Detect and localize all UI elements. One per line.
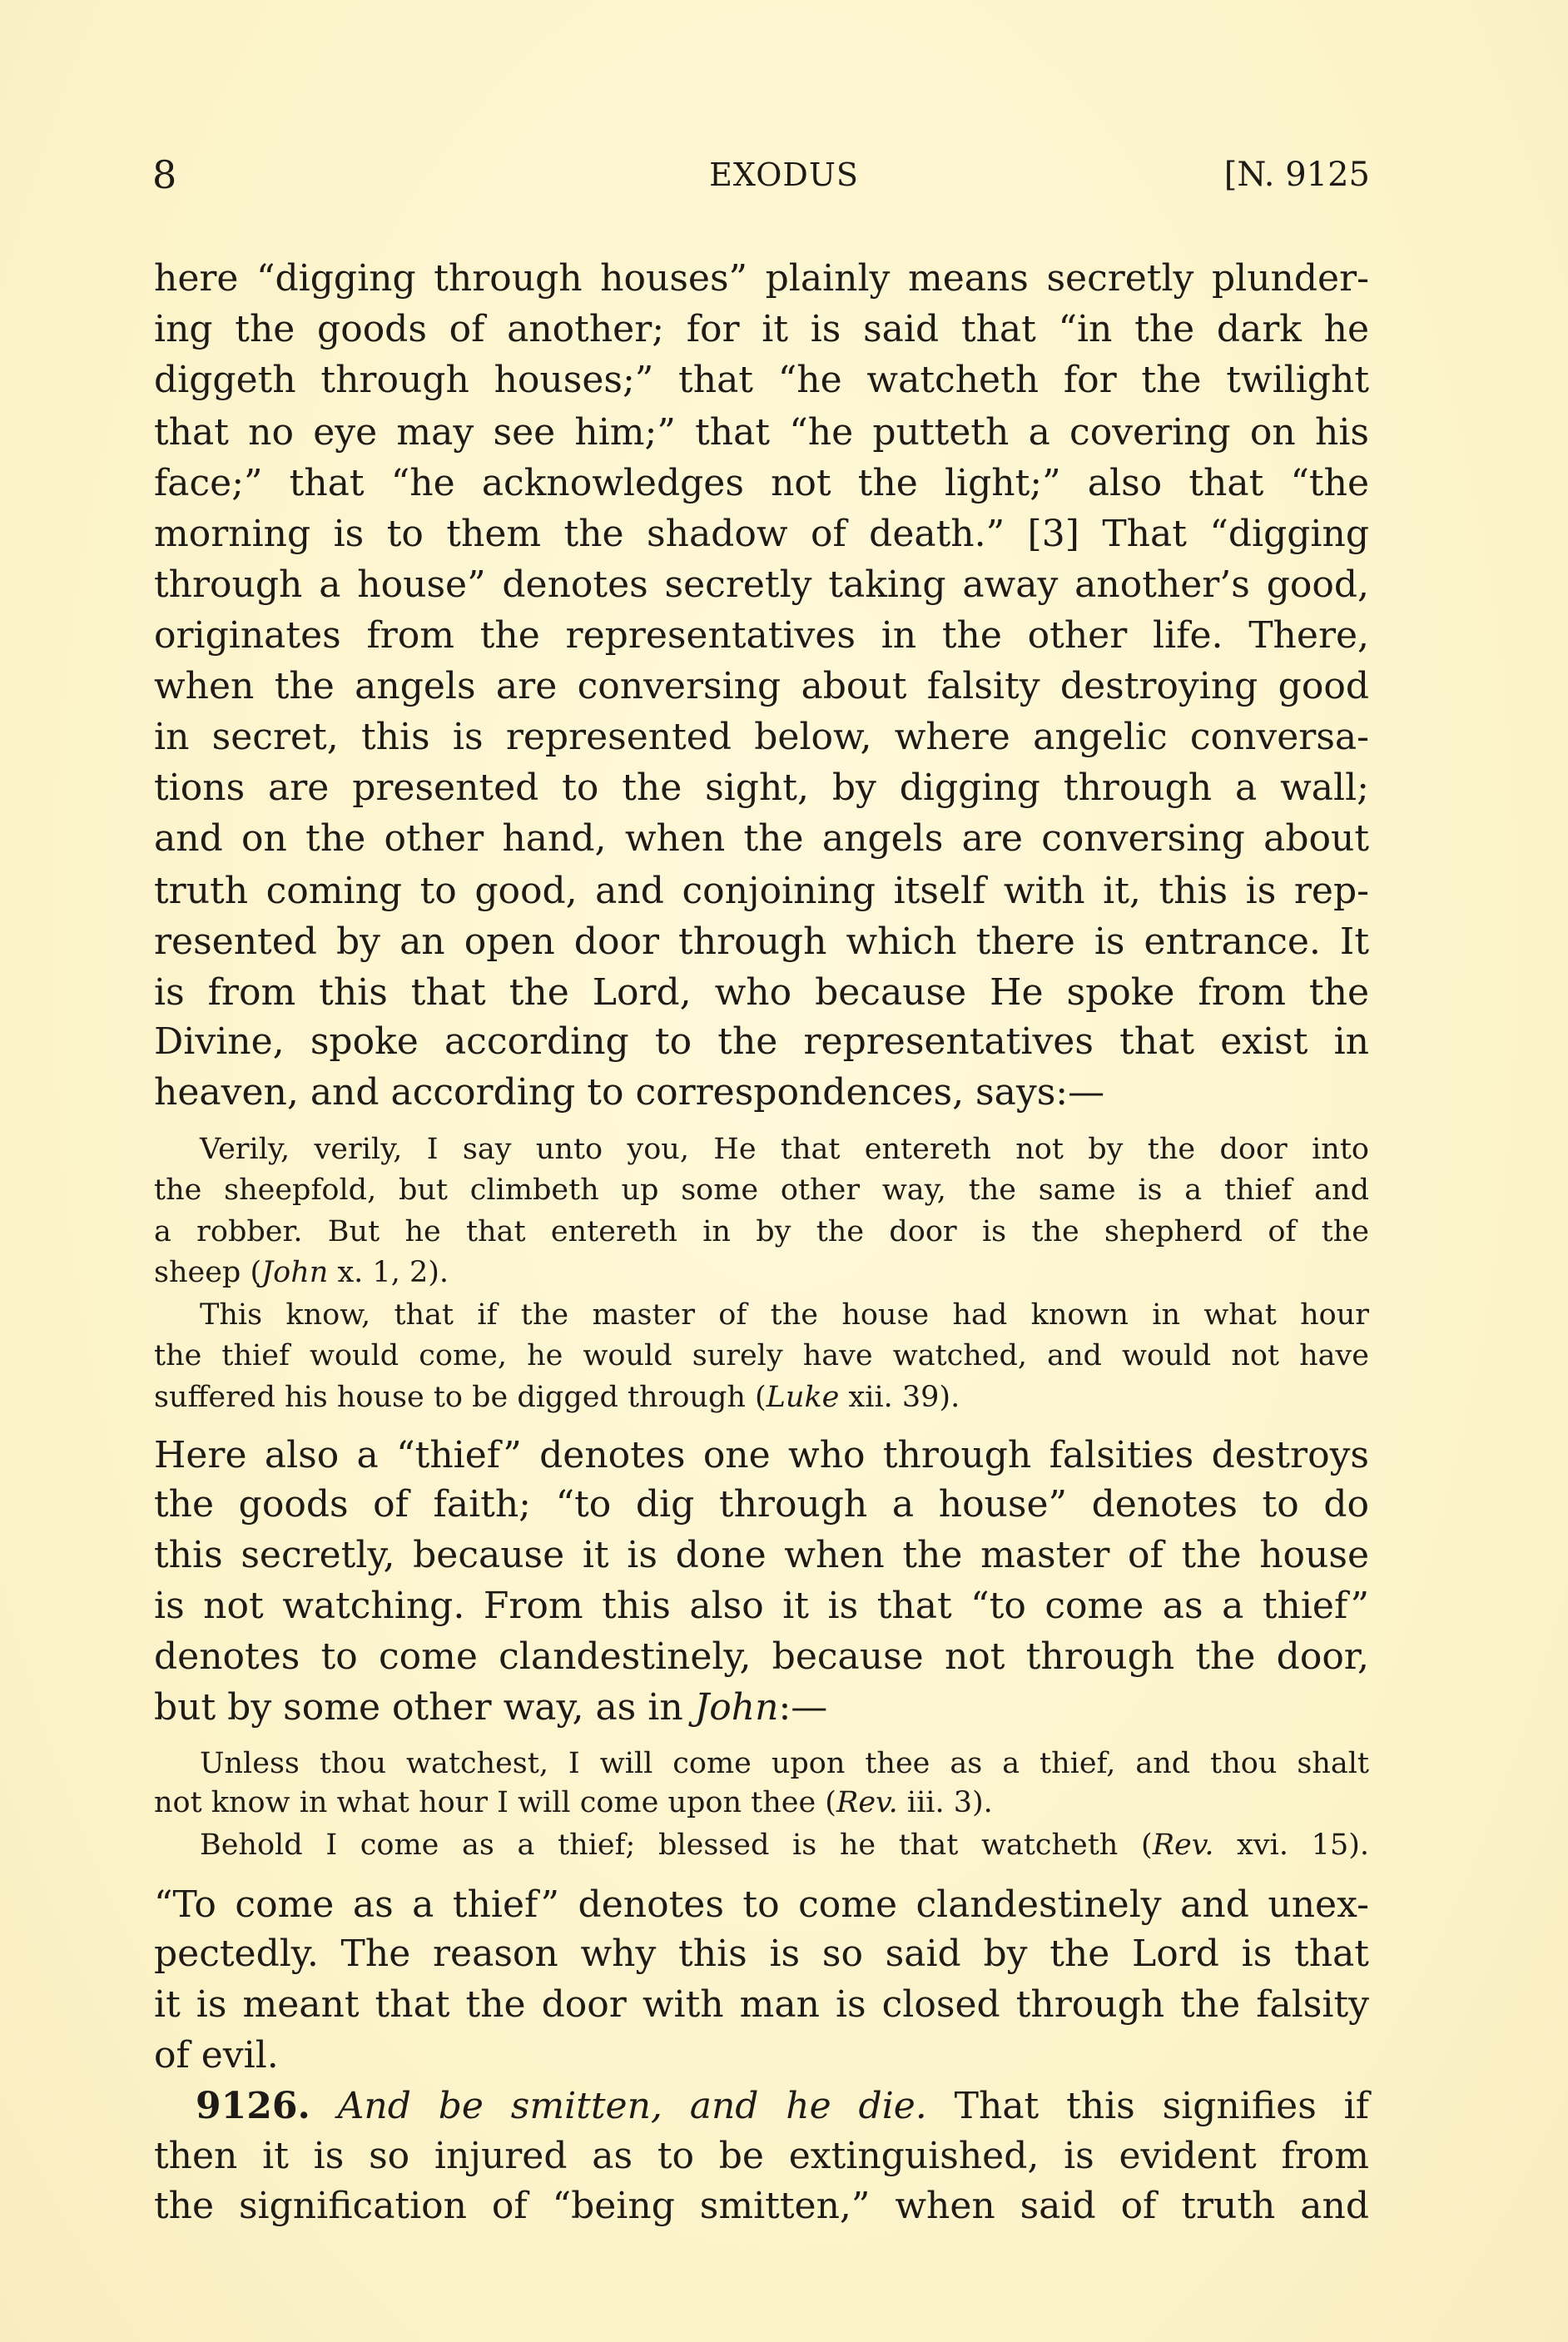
- citation-book: John: [261, 1256, 328, 1289]
- quote-line: sheep (John x. 1, 2).: [154, 1253, 1369, 1292]
- citation-book: Rev.: [1153, 1828, 1214, 1862]
- text-line: through a house” denotes secretly taking…: [154, 562, 1369, 608]
- text-line: the signification of “being smitten,” wh…: [154, 2183, 1369, 2230]
- text-line: originates from the representatives in t…: [154, 613, 1369, 659]
- text-line: resented by an open door through which t…: [154, 919, 1369, 965]
- quote-line: Behold I come as a thief; blessed is he …: [200, 1826, 1369, 1864]
- text-line: “To come as a thief” denotes to come cla…: [154, 1882, 1369, 1928]
- text-line: here “digging through houses” plainly me…: [154, 256, 1369, 302]
- text-line: face;” that “he acknowledges not the lig…: [154, 460, 1369, 507]
- text-line: and on the other hand, when the angels a…: [154, 816, 1369, 862]
- text-line: truth coming to good, and conjoining its…: [154, 868, 1369, 915]
- text-line: 9126. And be smitten, and he die. That t…: [196, 2083, 1369, 2130]
- text-line: then it is so injured as to be extinguis…: [154, 2133, 1369, 2180]
- quote-line: Verily, verily, I say unto you, He that …: [200, 1130, 1369, 1169]
- text-line: ing the goods of another; for it is said…: [154, 306, 1369, 353]
- scripture-phrase: And be smitten, and he die.: [338, 2085, 927, 2127]
- section-reference: [N. 9125: [1224, 151, 1370, 198]
- text-line: but by some other way, as in John:—: [154, 1685, 1369, 1731]
- text-line: morning is to them the shadow of death.”…: [154, 511, 1369, 558]
- quote-line: the sheepfold, but climbeth up some othe…: [154, 1171, 1369, 1209]
- text-line: denotes to come clandestinely, because n…: [154, 1634, 1369, 1680]
- citation-book: Rev.: [836, 1786, 898, 1819]
- quote-line: Unless thou watchest, I will come upon t…: [200, 1744, 1369, 1783]
- text-line: is from this that the Lord, who because …: [154, 970, 1369, 1016]
- quote-line: a robber. But he that entereth in by the…: [154, 1213, 1369, 1251]
- citation-book: Luke: [767, 1381, 840, 1414]
- quote-line: the thief would come, he would surely ha…: [154, 1337, 1369, 1375]
- quote-line: This know, that if the master of the hou…: [200, 1296, 1369, 1334]
- text-line: it is meant that the door with man is cl…: [154, 1982, 1369, 2028]
- text-line: of evil.: [154, 2032, 1369, 2079]
- text-line: Divine, spoke according to the represent…: [154, 1019, 1369, 1065]
- text-line: Here also a “thief” denotes one who thro…: [154, 1432, 1369, 1479]
- section-number: 9126.: [196, 2085, 310, 2127]
- text-line: in secret, this is represented below, wh…: [154, 714, 1369, 761]
- text-line: heaven, and according to correspondences…: [154, 1069, 1369, 1116]
- quote-line: not know in what hour I will come upon t…: [154, 1784, 1369, 1822]
- citation-book: John: [695, 1686, 779, 1729]
- quote-line: suffered his house to be digged through …: [154, 1378, 1369, 1417]
- text-line: is not watching. From this also it is th…: [154, 1583, 1369, 1630]
- text-line: when the angels are conversing about fal…: [154, 663, 1369, 710]
- text-line: tions are presented to the sight, by dig…: [154, 765, 1369, 811]
- text-line: pectedly. The reason why this is so said…: [154, 1931, 1369, 1977]
- text-line: this secretly, because it is done when t…: [154, 1532, 1369, 1579]
- text-line: diggeth through houses;” that “he watche…: [154, 357, 1369, 404]
- text-line: the goods of faith; “to dig through a ho…: [154, 1481, 1369, 1528]
- text-line: that no eye may see him;” that “he putte…: [154, 409, 1369, 456]
- book-page: 8 EXODUS [N. 9125 here “digging through …: [0, 0, 1568, 2342]
